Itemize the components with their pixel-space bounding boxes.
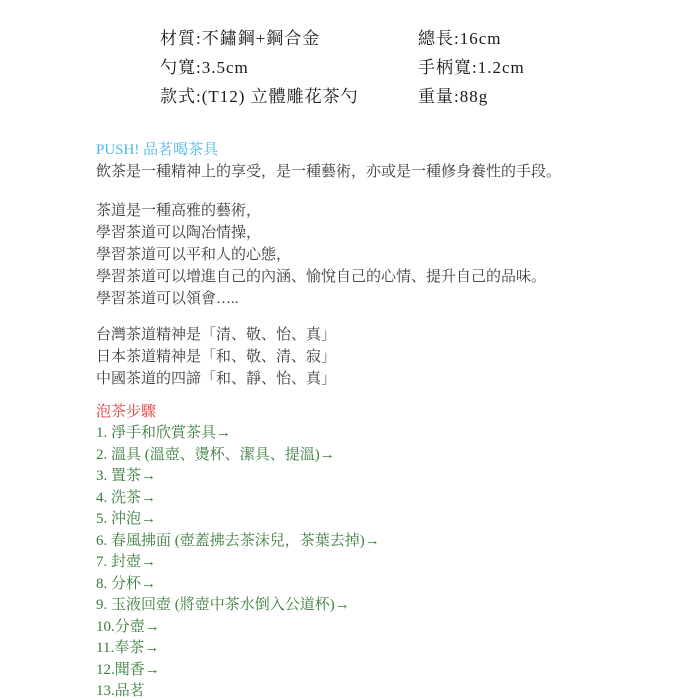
- tea-spirit-line-taiwan: 台灣茶道精神是「清、敬、怡、真」: [96, 324, 656, 346]
- product-description-page: 材質:不鏽鋼+鋼合金 勺寬:3.5cm 款式:(T12) 立體雕花茶勺 總長:1…: [0, 0, 700, 700]
- push-section-heading: PUSH! 品茗喝茶具: [96, 140, 656, 161]
- description-content: PUSH! 品茗喝茶具 飲茶是一種精神上的享受，是一種藝術，亦或是一種修身養性的…: [96, 140, 656, 700]
- spec-column-right: 總長:16cm 手柄寬:1.2cm 重量:88g: [418, 24, 525, 111]
- step-item: 8. 分杯→: [96, 574, 656, 596]
- tea-way-line: 學習茶道可以增進自己的內涵、愉悅自己的心情、提升自己的品味。: [96, 266, 656, 288]
- intro-line: 飲茶是一種精神上的享受，是一種藝術，亦或是一種修身養性的手段。: [96, 161, 656, 183]
- tea-spirit-line-japan: 日本茶道精神是「和、敬、清、寂」: [96, 346, 656, 368]
- tea-way-line: 學習茶道可以領會…..: [96, 288, 656, 310]
- tea-spirit-line-china: 中國茶道的四諦「和、靜、怡、真」: [96, 368, 656, 390]
- step-item: 4. 洗茶→: [96, 488, 656, 510]
- tea-way-line: 學習茶道可以平和人的心態，: [96, 244, 656, 266]
- brew-steps-list: 1. 淨手和欣賞茶具→ 2. 溫具 (溫壺、燙杯、潔具、提溫)→ 3. 置茶→ …: [96, 423, 656, 700]
- step-item: 10.分壺→: [96, 617, 656, 639]
- spec-weight: 重量:88g: [418, 82, 525, 111]
- step-item: 1. 淨手和欣賞茶具→: [96, 423, 656, 445]
- tea-way-paragraph: 茶道是一種高雅的藝術， 學習茶道可以陶冶情操， 學習茶道可以平和人的心態， 學習…: [96, 200, 656, 310]
- spec-spoon-width: 勺寬:3.5cm: [160, 53, 359, 82]
- spec-column-left: 材質:不鏽鋼+鋼合金 勺寬:3.5cm 款式:(T12) 立體雕花茶勺: [160, 24, 359, 111]
- step-item: 3. 置茶→: [96, 466, 656, 488]
- brew-steps-heading: 泡茶步驟: [96, 401, 656, 423]
- tea-spirit-paragraph: 台灣茶道精神是「清、敬、怡、真」 日本茶道精神是「和、敬、清、寂」 中國茶道的四…: [96, 324, 656, 390]
- step-item: 7. 封壺→: [96, 552, 656, 574]
- step-item: 11.奉茶→: [96, 638, 656, 660]
- tea-way-line: 學習茶道可以陶冶情操，: [96, 222, 656, 244]
- step-item: 6. 春風拂面 (壺蓋拂去茶沫兒，茶葉去掉)→: [96, 531, 656, 553]
- step-item: 5. 沖泡→: [96, 509, 656, 531]
- tea-way-line: 茶道是一種高雅的藝術，: [96, 200, 656, 222]
- step-item: 2. 溫具 (溫壺、燙杯、潔具、提溫)→: [96, 445, 656, 467]
- spec-total-length: 總長:16cm: [418, 24, 525, 53]
- step-item: 9. 玉液回壺 (將壺中茶水倒入公道杯)→: [96, 595, 656, 617]
- step-item: 13.品茗: [96, 681, 656, 700]
- spec-style: 款式:(T12) 立體雕花茶勺: [160, 82, 359, 111]
- step-item: 12.聞香→: [96, 660, 656, 682]
- spec-material: 材質:不鏽鋼+鋼合金: [160, 24, 359, 53]
- spec-handle-width: 手柄寬:1.2cm: [418, 53, 525, 82]
